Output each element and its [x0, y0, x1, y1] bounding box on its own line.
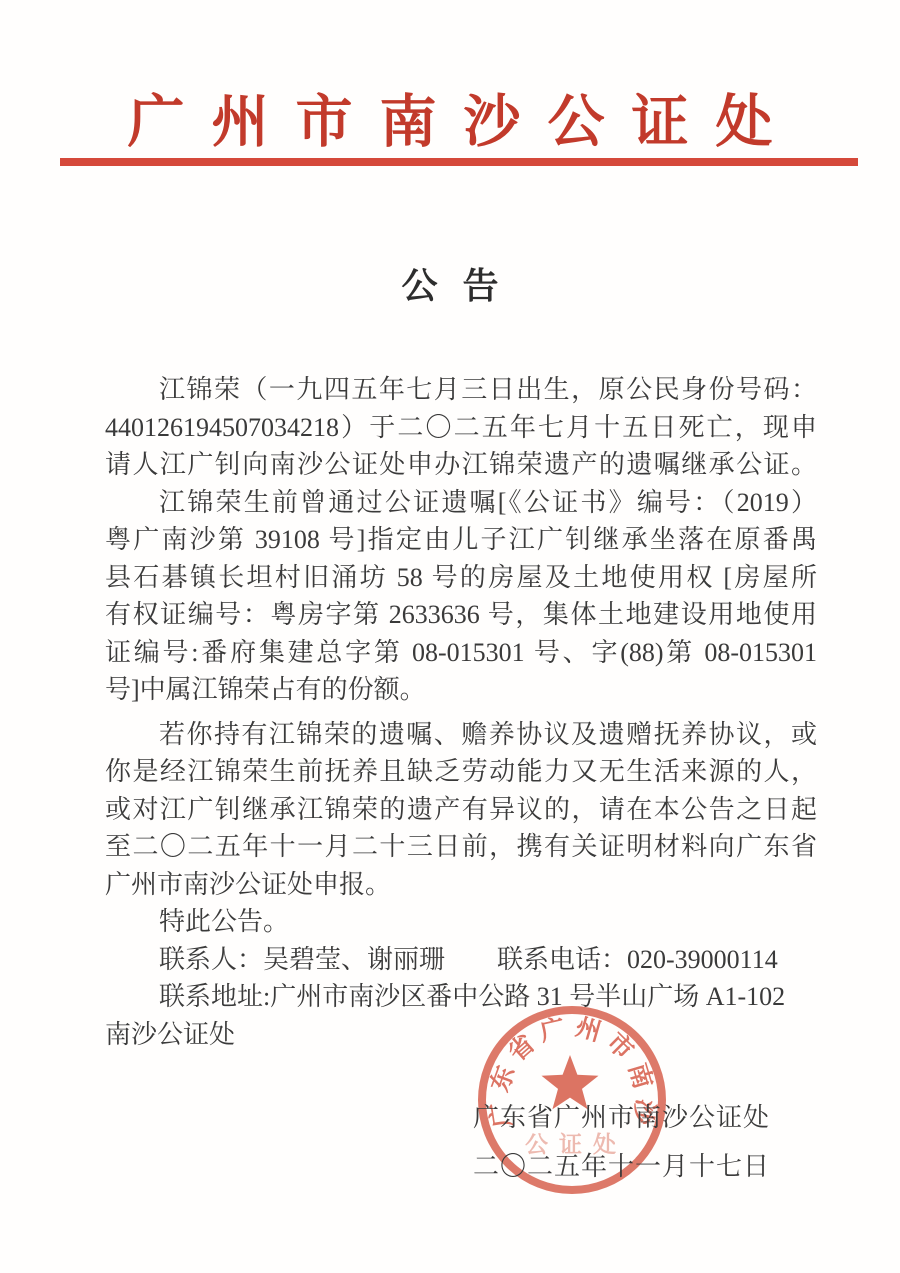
notice-document-page: 广州市南沙公证处 公告 江锦荣（一九四五年七月三日出生，原公民身份号码： 440…: [0, 0, 900, 1273]
body-line: 广州市南沙公证处申报。: [105, 866, 817, 904]
body-line: 县石碁镇长坦村旧涌坊 58 号的房屋及土地使用权 [房屋所: [105, 559, 817, 597]
body-line: 证编号:番府集建总字第 08-015301 号、字(88)第 08-015301: [105, 634, 817, 672]
body-line: 粤广南沙第 39108 号]指定由儿子江广钊继承坐落在原番禺: [105, 521, 817, 559]
body-line: 你是经江锦荣生前抚养且缺乏劳动能力又无生活来源的人，: [105, 753, 817, 791]
letterhead-title: 广州市南沙公证处: [0, 76, 900, 158]
body-line: 至二〇二五年十一月二十三日前，携有关证明材料向广东省: [105, 828, 817, 866]
contact-line: 联系地址:广州市南沙区番中公路 31 号半山广场 A1-102: [105, 978, 817, 1016]
body-line: 特此公告。: [105, 903, 817, 941]
signature-block: 广东省广州市南沙公证处 二〇二五年十一月十七日: [473, 1093, 770, 1191]
contact-line: 联系人：吴碧莹、谢丽珊 联系电话：020-39000114: [105, 941, 817, 979]
body-line: 江锦荣（一九四五年七月三日出生，原公民身份号码：: [105, 371, 817, 409]
signature-date: 二〇二五年十一月十七日: [473, 1142, 770, 1191]
body-line: 440126194507034218）于二〇二五年七月十五日死亡，现申: [105, 409, 817, 447]
body-line: 江锦荣生前曾通过公证遗嘱[《公证书》编号：（2019）: [105, 484, 817, 522]
letterhead-rule: [60, 158, 858, 166]
signature-org: 广东省广州市南沙公证处: [473, 1093, 770, 1142]
document-body: 江锦荣（一九四五年七月三日出生，原公民身份号码： 440126194507034…: [105, 371, 817, 1053]
body-line: 或对江广钊继承江锦荣的遗产有异议的，请在本公告之日起: [105, 791, 817, 829]
body-line: 有权证编号：粤房字第 2633636 号，集体土地建设用地使用: [105, 596, 817, 634]
body-line: 请人江广钊向南沙公证处申办江锦荣遗产的遗嘱继承公证。: [105, 446, 817, 484]
document-title: 公告: [0, 258, 900, 309]
contact-line: 南沙公证处: [105, 1016, 817, 1054]
body-line: 号]中属江锦荣占有的份额。: [105, 671, 817, 709]
body-line: 若你持有江锦荣的遗嘱、赡养协议及遗赠抚养协议，或: [105, 716, 817, 754]
